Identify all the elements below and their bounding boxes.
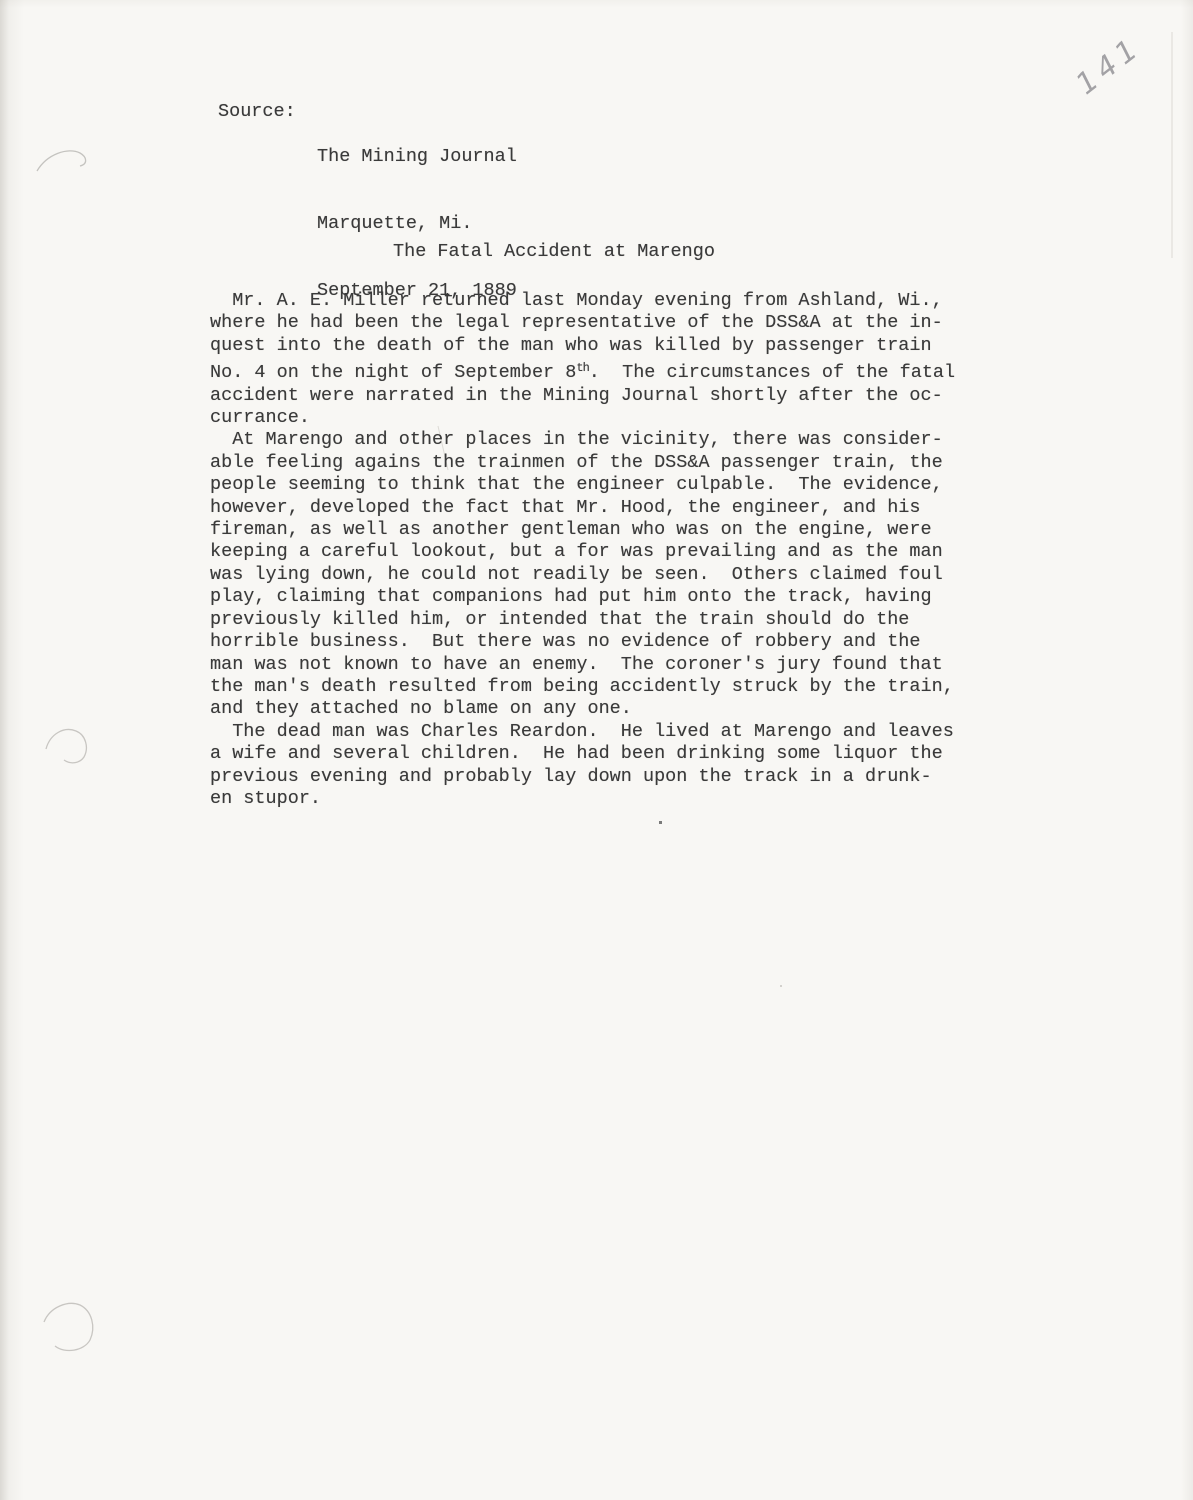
body-line: currance. [210,407,955,429]
body-line: a wife and several children. He had been… [210,743,955,765]
body-line: people seeming to think that the enginee… [210,474,955,496]
body-line: Mr. A. E. Miller returned last Monday ev… [210,290,955,312]
dust-speck [659,821,662,824]
body-line: able feeling agains the trainmen of the … [210,452,955,474]
body-line: horrible business. But there was no evid… [210,631,955,653]
source-line-journal: The Mining Journal [317,146,517,168]
source-label: Source: [218,101,296,123]
body-line: play, claiming that companions had put h… [210,586,955,608]
body-line: was lying down, he could not readily be … [210,564,955,586]
body-line: At Marengo and other places in the vicin… [210,429,955,451]
superscript-ordinal: th [576,361,588,375]
pencil-arc-bottom-left [44,1303,93,1350]
body-line: The dead man was Charles Reardon. He liv… [210,721,955,743]
body-line: man was not known to have an enemy. The … [210,654,955,676]
handwritten-page-number: 141 [1069,29,1148,101]
article-title: The Fatal Accident at Marengo [393,241,715,263]
scanned-document-page: 141 Source: The Mining Journal Marquette… [0,0,1193,1500]
body-line: where he had been the legal representati… [210,312,955,334]
body-line: however, developed the fact that Mr. Hoo… [210,497,955,519]
body-line: the man's death resulted from being acci… [210,676,955,698]
article-body: Mr. A. E. Miller returned last Monday ev… [210,290,955,810]
pencil-arc-top-left [37,151,86,171]
body-line: previous evening and probably lay down u… [210,766,955,788]
body-line: en stupor. [210,788,955,810]
body-line: previously killed him, or intended that … [210,609,955,631]
body-line: keeping a careful lookout, but a for was… [210,541,955,563]
body-line: accident were narrated in the Mining Jou… [210,385,955,407]
dust-speck-faint [780,985,782,987]
body-line: fireman, as well as another gentleman wh… [210,519,955,541]
body-line: quest into the death of the man who was … [210,335,955,357]
body-line: and they attached no blame on any one. [210,698,955,720]
pencil-arc-middle-left [46,730,86,763]
source-line-city: Marquette, Mi. [317,213,517,235]
body-line: No. 4 on the night of September 8th. The… [210,357,955,384]
